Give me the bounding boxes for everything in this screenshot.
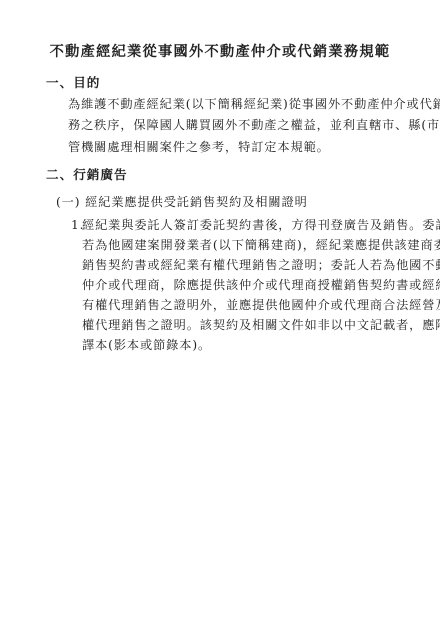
item-line: 有權代理銷售之證明外，並應提供他國仲介或代理商合法經營及有 [82,298,440,312]
document-body: 不動產經紀業從事國外不動產仲介或代銷業務規範 一、目的 為維護不動產經紀業(以下… [0,0,440,636]
document-title: 不動產經紀業從事國外不動產仲介或代銷業務規範 [0,45,440,59]
item-line: 銷售契約書或經紀業有權代理銷售之證明；委託人若為他國不動產 [82,258,440,272]
item-line: 若為他國建案開發業者(以下簡稱建商)，經紀業應提供該建商委託 [82,238,440,252]
section-heading-marketing: 二、行銷廣告 [46,168,128,182]
paragraph-line: 管機關處理相關案件之參考，特訂定本規範。 [68,140,330,154]
item-line: 權代理銷售之證明。該契約及相關文件如非以中文記載者，應附中 [82,318,440,332]
item-line: 仲介或代理商，除應提供該仲介或代理商授權銷售契約書或經紀業 [82,278,440,292]
item-line: 譯本(影本或節錄本)。 [82,338,211,352]
paragraph-line: 為維護不動產經紀業(以下簡稱經紀業)從事國外不動產仲介或代銷業 [68,97,440,111]
item-line: 經紀業與委託人簽訂委託契約書後，方得刊登廣告及銷售。委託人 [82,218,440,232]
paragraph-line: 務之秩序，保障國人購買國外不動產之權益，並利直轄市、縣(市)主 [68,118,440,132]
subsection-heading: (一) 經紀業應提供受託銷售契約及相關證明 [56,195,308,209]
section-heading-purpose: 一、目的 [46,76,100,90]
